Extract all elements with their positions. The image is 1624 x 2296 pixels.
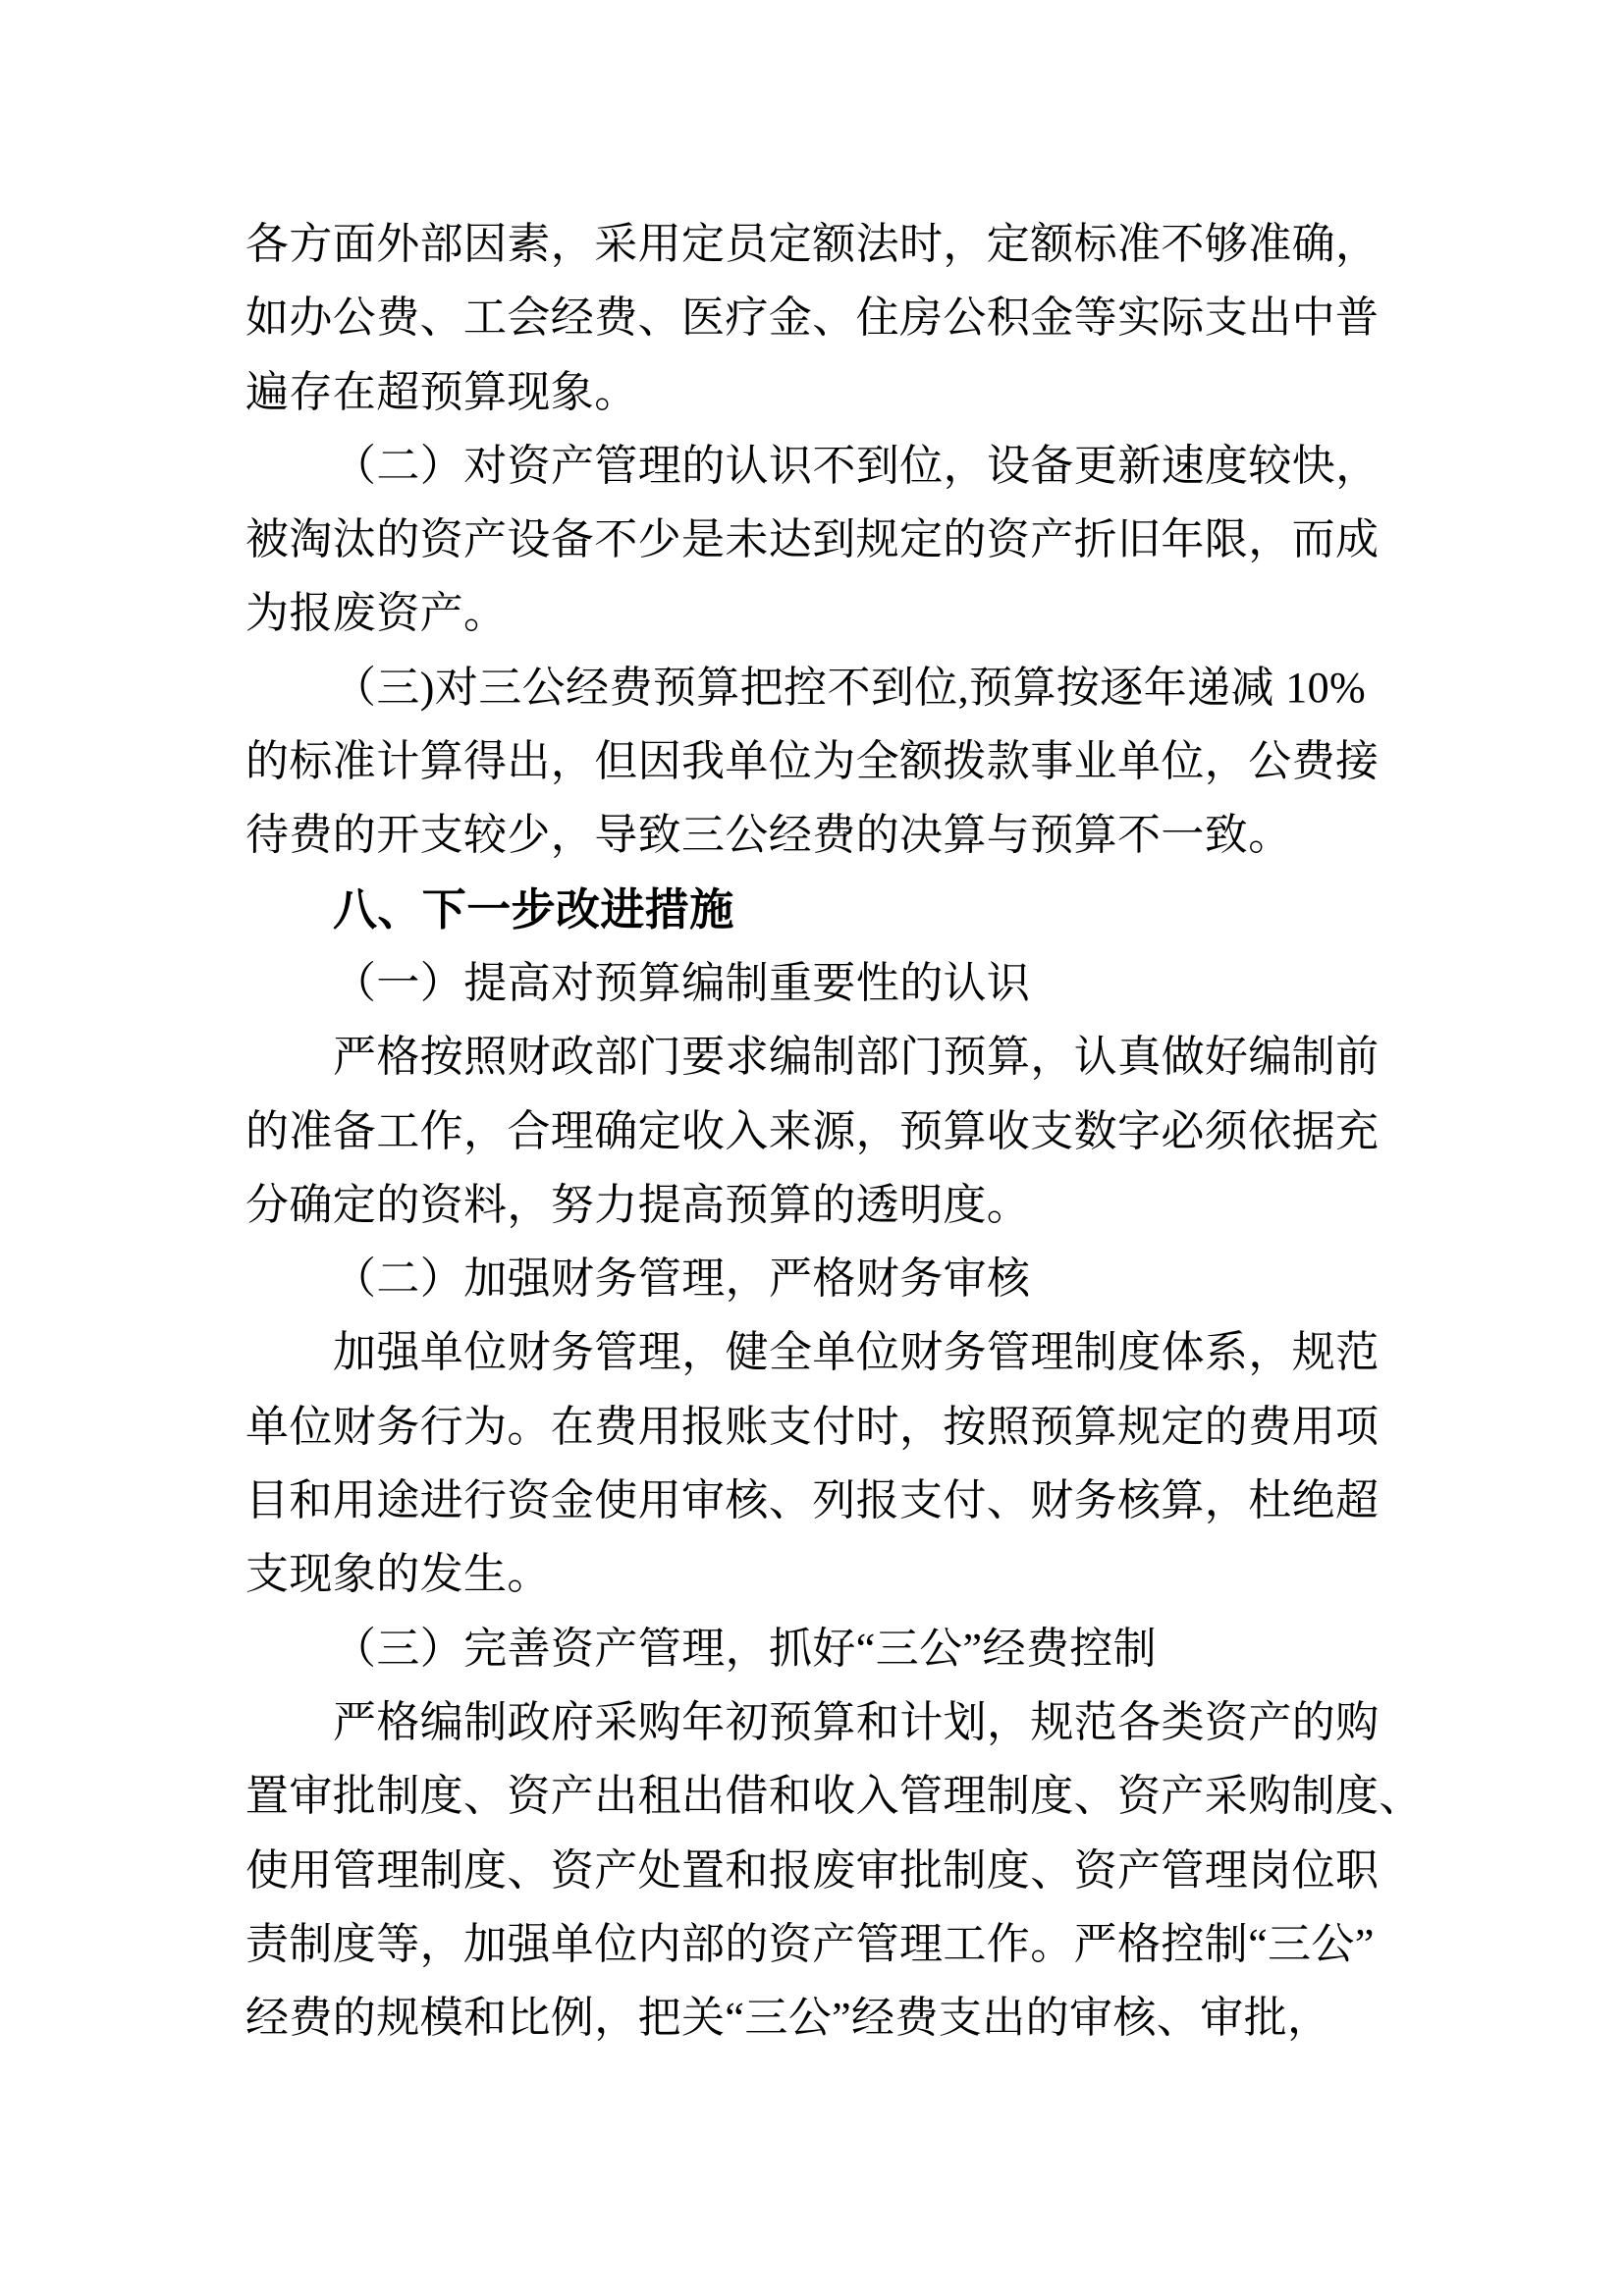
text-line: 的准备工作，合理确定收入来源，预算收支数字必须依据充 xyxy=(245,1095,1379,1168)
text-line: 各方面外部因素，采用定员定额法时，定额标准不够准确， xyxy=(245,207,1379,281)
subsection-heading: （一）提高对预算编制重要性的认识 xyxy=(245,946,1379,1020)
text-line: 支现象的发生。 xyxy=(245,1537,1379,1611)
text-line: 经费的规模和比例，把关“三公”经费支出的审核、审批， xyxy=(245,1981,1379,2055)
text-line: 严格编制政府采购年初预算和计划，规范各类资产的购 xyxy=(245,1685,1379,1759)
text-line: 的标准计算得出，但因我单位为全额拨款事业单位，公费接 xyxy=(245,724,1379,798)
text-line: 遍存在超预算现象。 xyxy=(245,355,1379,429)
text-block: 各方面外部因素，采用定员定额法时，定额标准不够准确，如办公费、工会经费、医疗金、… xyxy=(245,207,1379,2055)
subsection-heading: （三）完善资产管理，抓好“三公”经费控制 xyxy=(245,1612,1379,1685)
text-line: 待费的开支较少，导致三公经费的决算与预算不一致。 xyxy=(245,798,1379,872)
text-line: 单位财务行为。在费用报账支付时，按照预算规定的费用项 xyxy=(245,1390,1379,1464)
text-line: 目和用途进行资金使用审核、列报支付、财务核算，杜绝超 xyxy=(245,1464,1379,1537)
text-line: （二）对资产管理的认识不到位，设备更新速度较快， xyxy=(245,429,1379,503)
text-line: 加强单位财务管理，健全单位财务管理制度体系，规范 xyxy=(245,1315,1379,1389)
section-heading: 八、下一步改进措施 xyxy=(245,873,1379,946)
text-line: 严格按照财政部门要求编制部门预算，认真做好编制前 xyxy=(245,1020,1379,1094)
text-line: 为报废资产。 xyxy=(245,576,1379,650)
text-line: 如办公费、工会经费、医疗金、住房公积金等实际支出中普 xyxy=(245,281,1379,354)
text-line: 使用管理制度、资产处置和报废审批制度、资产管理岗位职 xyxy=(245,1834,1379,1907)
text-line: 责制度等，加强单位内部的资产管理工作。严格控制“三公” xyxy=(245,1907,1379,1981)
document-page: 各方面外部因素，采用定员定额法时，定额标准不够准确，如办公费、工会经费、医疗金、… xyxy=(0,0,1624,2296)
text-line: （三)对三公经费预算把控不到位,预算按逐年递减 10% xyxy=(245,651,1379,724)
text-line: 分确定的资料，努力提高预算的透明度。 xyxy=(245,1168,1379,1242)
subsection-heading: （二）加强财务管理，严格财务审核 xyxy=(245,1242,1379,1315)
text-line: 被淘汰的资产设备不少是未达到规定的资产折旧年限，而成 xyxy=(245,503,1379,576)
text-line: 置审批制度、资产出租出借和收入管理制度、资产采购制度、 xyxy=(245,1759,1379,1833)
